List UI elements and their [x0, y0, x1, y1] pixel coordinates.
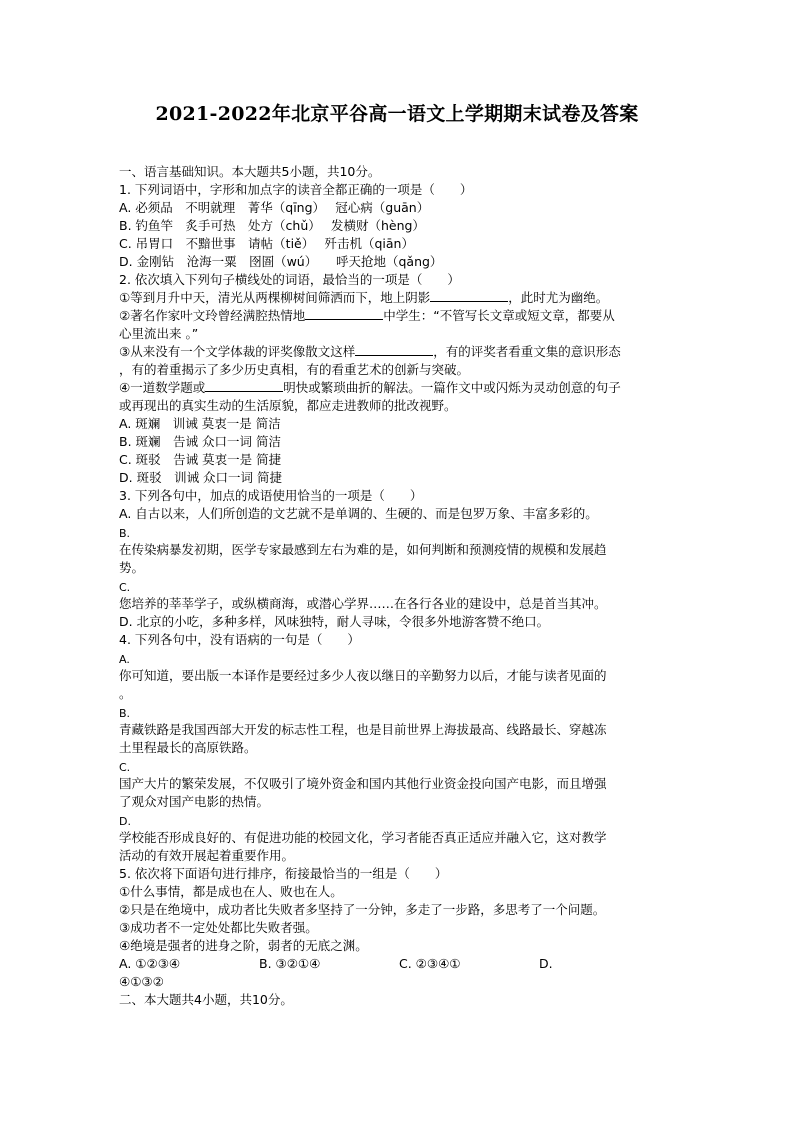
question-2-sentence-1: ①等到月升中天，清光从两棵柳树间筛洒而下，地上阴影，此时尤为幽绝。: [119, 289, 679, 307]
question-1-option-c: C. 吊胃口 不黯世事 请帖（tiě） 歼击机（qiān）: [119, 235, 679, 253]
question-4-option-d-label: D.: [119, 815, 679, 829]
fill-blank: [430, 289, 508, 302]
question-2-option-a: A. 斑斓 训诫 莫衷一是 简洁: [119, 415, 679, 433]
question-3-option-b-text-cont: 势。: [119, 559, 679, 577]
document-body: 一、语言基础知识。本大题共5小题，共10分。 1. 下列词语中，字形和加点字的读…: [119, 163, 679, 1009]
question-4-option-b-text-cont: 土里程最长的高原铁路。: [119, 739, 679, 757]
question-5-option-d: D.: [539, 955, 679, 973]
question-2-option-b: B. 斑斓 告诫 众口一词 简洁: [119, 433, 679, 451]
question-3-option-c-text: 您培养的莘莘学子，或纵横商海，或潜心学界……在各行各业的建设中，总是首当其冲。: [119, 595, 679, 613]
question-5-sentence-4: ④绝境是强者的进身之阶，弱者的无底之渊。: [119, 937, 679, 955]
question-4-option-d-text-cont: 活动的有效开展起着重要作用。: [119, 847, 679, 865]
sentence-text: 明快或繁琐曲折的解法。一篇作文中或闪烁为灵动创意的句子: [283, 380, 621, 395]
question-4-option-a-text: 你可知道，要出版一本译作是要经过多少人夜以继日的辛勤努力以后，才能与读者见面的: [119, 667, 679, 685]
question-4-option-a-text-cont: 。: [119, 685, 679, 703]
sentence-text: ④一道数学题或: [119, 380, 205, 395]
question-4-option-d-text: 学校能否形成良好的、有促进功能的校园文化，学习者能否真正适应并融入它，这对教学: [119, 829, 679, 847]
question-2-sentence-2: ②著名作家叶文玲曾经满腔热情地中学生：“不管写长文章或短文章，都要从: [119, 307, 679, 325]
sentence-text: ①等到月升中天，清光从两棵柳树间筛洒而下，地上阴影: [119, 290, 430, 305]
question-1-option-a: A. 必须品 不明就理 菁华（qīng） 冠心病（guān）: [119, 199, 679, 217]
question-4-option-c-label: C.: [119, 761, 679, 775]
question-2-sentence-4: ④一道数学题或明快或繁琐曲折的解法。一篇作文中或闪烁为灵动创意的句子: [119, 379, 679, 397]
question-4-option-a-label: A.: [119, 653, 679, 667]
question-4-option-b-text: 青藏铁路是我国西部大开发的标志性工程，也是目前世界上海拔最高、线路最长、穿越冻: [119, 721, 679, 739]
sentence-text: ，有的评奖者看重文集的意识形态: [433, 344, 621, 359]
sentence-text: ③从来没有一个文学体裁的评奖像散文这样: [119, 344, 355, 359]
fill-blank: [205, 379, 283, 392]
question-3-stem: 3. 下列各句中，加点的成语使用恰当的一项是（ ）: [119, 487, 679, 505]
question-2-sentence-2-cont: 心里流出来 。”: [119, 325, 679, 343]
question-4-option-c-text: 国产大片的繁荣发展，不仅吸引了境外资金和国内其他行业资金投向国产电影，而且增强: [119, 775, 679, 793]
fill-blank: [355, 343, 433, 356]
question-4-option-c-text-cont: 了观众对国产电影的热情。: [119, 793, 679, 811]
question-4-stem: 4. 下列各句中，没有语病的一句是（ ）: [119, 631, 679, 649]
question-5-option-b: B. ③②①④: [259, 955, 399, 973]
question-5-option-c: C. ②③④①: [399, 955, 539, 973]
question-4-option-b-label: B.: [119, 707, 679, 721]
question-5-sentence-3: ③成功者不一定处处都比失败者强。: [119, 919, 679, 937]
section-1-heading: 一、语言基础知识。本大题共5小题，共10分。: [119, 163, 679, 181]
question-1-stem: 1. 下列词语中，字形和加点字的读音全都正确的一项是（ ）: [119, 181, 679, 199]
fill-blank: [305, 307, 383, 320]
question-2-sentence-3-cont: ，有的着重揭示了多少历史真相，有的看重艺术的创新与突破。: [119, 361, 679, 379]
question-3-option-b-text: 在传染病暴发初期，医学专家最感到左右为难的是，如何判断和预测疫情的规模和发展趋: [119, 541, 679, 559]
question-2-option-d: D. 斑驳 训诫 众口一词 简捷: [119, 469, 679, 487]
question-3-option-b-label: B.: [119, 527, 679, 541]
question-2-sentence-3: ③从来没有一个文学体裁的评奖像散文这样，有的评奖者看重文集的意识形态: [119, 343, 679, 361]
question-2-sentence-4-cont: 或再现出的真实生动的生活原貌，都应走进教师的批改视野。: [119, 397, 679, 415]
sentence-text: 中学生：“不管写长文章或短文章，都要从: [383, 308, 614, 323]
document-title: 2021-2022年北京平谷高一语文上学期期末试卷及答案: [0, 99, 794, 126]
question-5-sentence-1: ①什么事情，都是成也在人、败也在人。: [119, 883, 679, 901]
question-5-stem: 5. 依次将下面语句进行排序，衔接最恰当的一组是（ ）: [119, 865, 679, 883]
question-5-option-d-value: ④①③②: [119, 973, 679, 991]
question-3-option-d: D. 北京的小吃，多种多样，风味独特，耐人寻味，令很多外地游客赞不绝口。: [119, 613, 679, 631]
question-2-option-c: C. 斑驳 告诫 莫衷一是 简捷: [119, 451, 679, 469]
question-3-option-c-label: C.: [119, 581, 679, 595]
sentence-text: ②著名作家叶文玲曾经满腔热情地: [119, 308, 305, 323]
question-1-option-d: D. 金刚钻 沧海一粟 囹圄（wú） 呼天抢地（qǎng）: [119, 253, 679, 271]
question-5-option-a: A. ①②③④: [119, 955, 259, 973]
question-2-stem: 2. 依次填入下列句子横线处的词语，最恰当的一项是（ ）: [119, 271, 679, 289]
section-2-heading: 二、本大题共4小题，共10分。: [119, 991, 679, 1009]
question-3-option-a: A. 自古以来，人们所创造的文艺就不是单调的、生硬的、而是包罗万象、丰富多彩的。: [119, 505, 679, 523]
question-5-sentence-2: ②只是在绝境中，成功者比失败者多坚持了一分钟，多走了一步路，多思考了一个问题。: [119, 901, 679, 919]
sentence-text: ，此时尤为幽绝。: [508, 290, 608, 305]
question-1-option-b: B. 钓鱼竿 炙手可热 处方（chǔ） 发横财（hèng）: [119, 217, 679, 235]
question-5-options: A. ①②③④ B. ③②①④ C. ②③④① D.: [119, 955, 679, 973]
